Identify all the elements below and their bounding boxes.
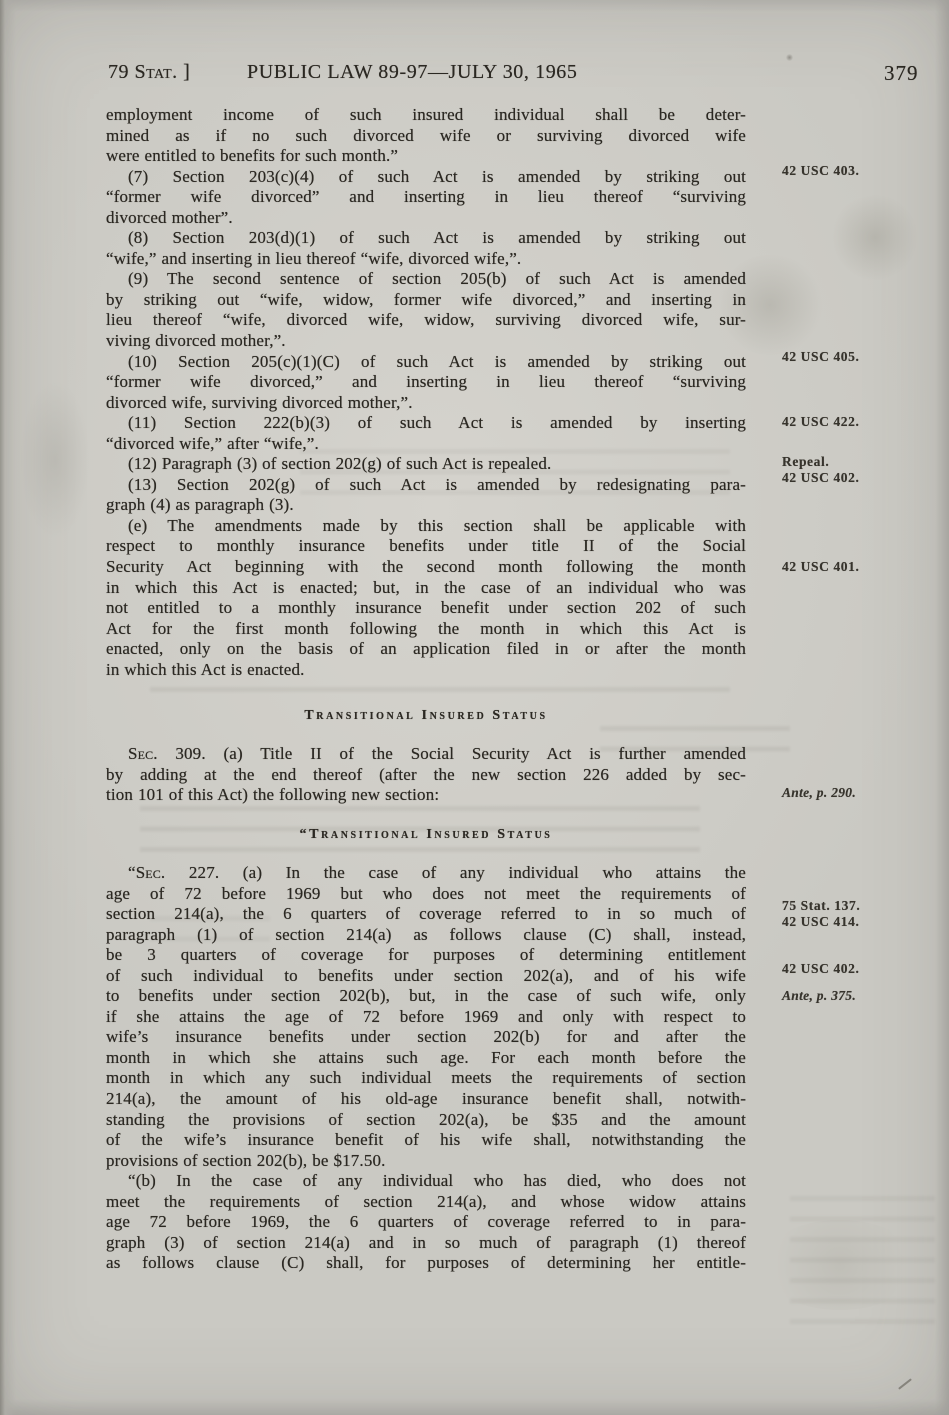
margin-note-repeal: Repeal. 42 USC 402. <box>782 454 932 485</box>
paper-stain <box>760 1220 920 1310</box>
paper-stain <box>830 195 920 280</box>
text-line: graph (3) of section 214(a) and in so mu… <box>106 1233 746 1254</box>
text-line: 214(a), the amount of his old-age insura… <box>106 1089 746 1110</box>
text-line: respect to monthly insurance benefits un… <box>106 536 746 557</box>
margin-note-usc-401: 42 USC 401. <box>782 559 932 575</box>
text-line: by adding at the end thereof (after the … <box>106 765 746 786</box>
text-line: as follows clause (C) shall, for purpose… <box>106 1253 746 1274</box>
bleed-through-ghost <box>790 1185 935 1335</box>
text-line: graph (4) as paragraph (3). <box>106 495 746 516</box>
text-line: provisions of section 202(b), be $17.50. <box>106 1151 746 1172</box>
text-line: of the wife’s insurance benefit of his w… <box>106 1130 746 1151</box>
text-line: employment income of such insured indivi… <box>106 105 746 126</box>
text-line: by striking out “wife, widow, former wif… <box>106 290 746 311</box>
margin-note-usc-403: 42 USC 403. <box>782 163 932 179</box>
text-line: “former wife divorced” and inserting in … <box>106 187 746 208</box>
text-line: (11) Section 222(b)(3) of such Act is am… <box>106 413 746 434</box>
text-line: Sec. 309. (a) Title II of the Social Sec… <box>106 744 746 765</box>
text-line: section 214(a), the 6 quarters of covera… <box>106 904 746 925</box>
quoted-heading-transitional: “Transitional Insured Status <box>106 827 746 843</box>
text-line: (9) The second sentence of section 205(b… <box>106 269 746 290</box>
text-line: standing the provisions of section 202(a… <box>106 1110 746 1131</box>
text-line: of such individual to benefits under sec… <box>106 966 746 987</box>
margin-note-usc-422: 42 USC 422. <box>782 414 932 430</box>
text-line: “former wife divorced,” and inserting in… <box>106 372 746 393</box>
small-caps-section-label: Sec. 309. <box>128 744 206 763</box>
text-line: in which this Act is enacted; but, in th… <box>106 578 746 599</box>
body-column: employment income of such insured indivi… <box>106 0 746 1415</box>
margin-note-usc-402: 42 USC 402. <box>782 961 932 977</box>
text-line: (e) The amendments made by this section … <box>106 516 746 537</box>
paper-scratch <box>898 1378 912 1389</box>
text-line: paragraph (1) of section 214(a) as follo… <box>106 925 746 946</box>
paper-speck <box>786 54 793 61</box>
text-line: not entitled to a monthly insurance bene… <box>106 598 746 619</box>
text-line: lieu thereof “wife, divorced wife, widow… <box>106 310 746 331</box>
text-line: month in which any such individual meets… <box>106 1068 746 1089</box>
sec-309-text-block: Sec. 309. (a) Title II of the Social Sec… <box>106 744 746 806</box>
text-line: Security Act beginning with the second m… <box>106 557 746 578</box>
text-line: (8) Section 203(d)(1) of such Act is ame… <box>106 228 746 249</box>
text-line: were entitled to benefits for such month… <box>106 146 746 167</box>
text-line: (10) Section 205(c)(1)(C) of such Act is… <box>106 352 746 373</box>
margin-note-ante-375: Ante, p. 375. <box>782 988 932 1004</box>
text-line: be 3 quarters of coverage for purposes o… <box>106 945 746 966</box>
margin-note-ante-290: Ante, p. 290. <box>782 785 932 801</box>
text-line: if she attains the age of 72 before 1969… <box>106 1007 746 1028</box>
text-line: “divorced wife,” after “wife,”. <box>106 434 746 455</box>
section-heading-transitional: Transitional Insured Status <box>106 708 746 724</box>
text-line: age of 72 before 1969 but who does not m… <box>106 884 746 905</box>
text-line: viving divorced mother,”. <box>106 331 746 352</box>
text-line: in which this Act is enacted. <box>106 660 746 681</box>
text-line: divorced mother”. <box>106 208 746 229</box>
page-number: 379 <box>884 61 919 86</box>
text-line: month in which she attains such age. For… <box>106 1048 746 1069</box>
text-line: (13) Section 202(g) of such Act is amend… <box>106 475 746 496</box>
text-line: divorced wife, surviving divorced mother… <box>106 393 746 414</box>
sec-227-text-block: “Sec. 227. (a) In the case of any indivi… <box>106 863 746 1274</box>
small-caps-section-label: “Sec. 227. <box>128 863 219 882</box>
text-line: meet the requirements of section 214(a),… <box>106 1192 746 1213</box>
text-line: age 72 before 1969, the 6 quarters of co… <box>106 1212 746 1233</box>
text-line: (12) Paragraph (3) of section 202(g) of … <box>106 454 746 475</box>
text-line: enacted, only on the basis of an applica… <box>106 639 746 660</box>
text-line: “(b) In the case of any individual who h… <box>106 1171 746 1192</box>
text-line: mined as if no such divorced wife or sur… <box>106 126 746 147</box>
statute-page-scan: 79 Stat. ] PUBLIC LAW 89-97—JULY 30, 196… <box>0 0 949 1415</box>
text-line: “wife,” and inserting in lieu thereof “w… <box>106 249 746 270</box>
text-line: tion 101 of this Act) the following new … <box>106 785 746 806</box>
text-line: (7) Section 203(c)(4) of such Act is ame… <box>106 167 746 188</box>
margin-note-usc-405: 42 USC 405. <box>782 349 932 365</box>
text-line: wife’s insurance benefits under section … <box>106 1027 746 1048</box>
text-line: Act for the first month following the mo… <box>106 619 746 640</box>
text-line: to benefits under section 202(b), but, i… <box>106 986 746 1007</box>
margin-note-stat-137: 75 Stat. 137. 42 USC 414. <box>782 898 932 929</box>
paper-stain <box>20 380 90 540</box>
amendments-text-block: employment income of such insured indivi… <box>106 105 746 680</box>
text-line: “Sec. 227. (a) In the case of any indivi… <box>106 863 746 884</box>
